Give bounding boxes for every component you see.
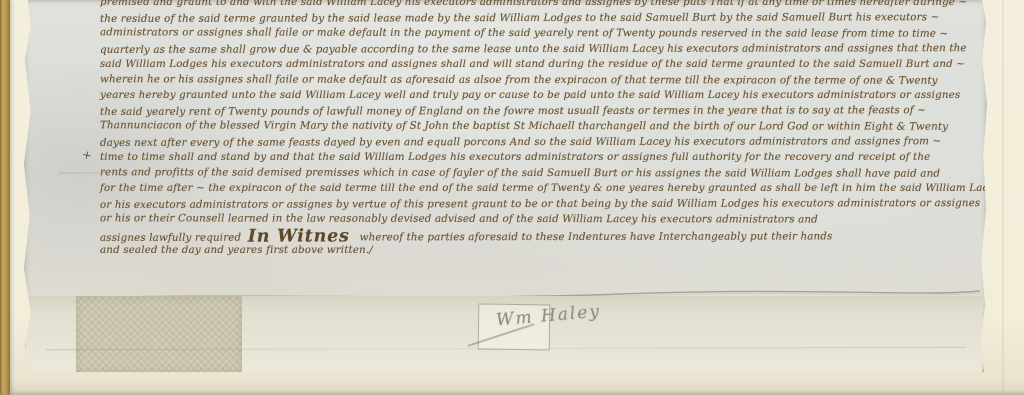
manuscript-line-segment: premised and graunt to and with the said… [100,0,967,8]
manuscript-line-segment: said William Lodges his executors admini… [100,58,965,70]
manuscript-line: or his or their Counsell learned in the … [100,211,984,228]
manuscript-line-segment: or his or their Counsell learned in the … [100,212,818,225]
manuscript-line: premised and graunt to and with the said… [100,0,984,11]
frame-edge [0,0,10,395]
manuscript-line: yeares hereby graunted unto the said Wil… [100,88,984,104]
manuscript-line: the said yearely rent of Twenty pounds o… [100,103,984,120]
manuscript-line-segment: the residue of the said terme graunted b… [100,11,939,25]
manuscript-line: and sealed the day and yeares first abov… [100,243,984,259]
manuscript-line: for the time after ~ the expiracon of th… [100,181,984,197]
manuscript-line: Thannunciacon of the blessed Virgin Mary… [100,118,984,135]
manuscript-line-segment: assignes lawfully required [100,231,245,243]
manuscript-line: the residue of the said terme graunted b… [100,10,984,27]
manuscript-line: wherein he or his assignes shall faile o… [100,72,984,89]
fold-weave-texture [76,296,242,372]
manuscript-line-segment: administrators or assignes shall faile o… [100,26,948,39]
framed-manuscript-photo: { "colors": { "frame_gold": "#b9974e", "… [0,0,1024,395]
manuscript-line-segment: Thannunciacon of the blessed Virgin Mary… [100,119,948,132]
manuscript-line: quarterly as the same shall grow due & p… [100,41,984,58]
manuscript-line-segment: the said yearely rent of Twenty pounds o… [100,104,926,118]
manuscript-text: premised and graunt to and with the said… [100,0,984,259]
manuscript-line-segment: whereof the parties aforesaid to these I… [360,230,833,243]
manuscript-line: assignes lawfully required In Witnes whe… [100,227,984,244]
manuscript-line: or his executors administrators or assig… [100,196,984,213]
manuscript-line: time to time shall and stand by and that… [100,150,984,166]
manuscript-line: dayes next after every of the same feast… [100,134,984,151]
manuscript-line-segment: for the time after ~ the expiracon of th… [100,182,1001,194]
manuscript-line-segment: wherein he or his assignes shall faile o… [100,73,938,86]
manuscript-line-segment: rents and profitts of the said demised p… [100,166,940,179]
parchment-fold: Wm Haley [26,296,982,372]
frame-shadow-bottom [0,390,1024,395]
parchment-sheet: premised and graunt to and with the said… [22,0,988,372]
manuscript-line-segment: dayes next after every of the same feast… [100,135,941,149]
manuscript-line-segment: yeares hereby graunted unto the said Wil… [100,89,960,101]
margin-plus-mark: + [81,147,94,163]
manuscript-line-segment: quarterly as the same shall grow due & p… [100,42,967,56]
manuscript-line: administrators or assignes shall faile o… [100,25,984,42]
manuscript-line: rents and profitts of the said demised p… [100,165,984,182]
manuscript-line: said William Lodges his executors admini… [100,57,984,73]
manuscript-line-segment: time to time shall and stand by and that… [100,151,930,163]
witness-clause-large-script: In Witnes [245,226,360,246]
manuscript-line-segment: or his executors administrators or assig… [100,197,980,211]
mat-crease [1002,0,1004,395]
